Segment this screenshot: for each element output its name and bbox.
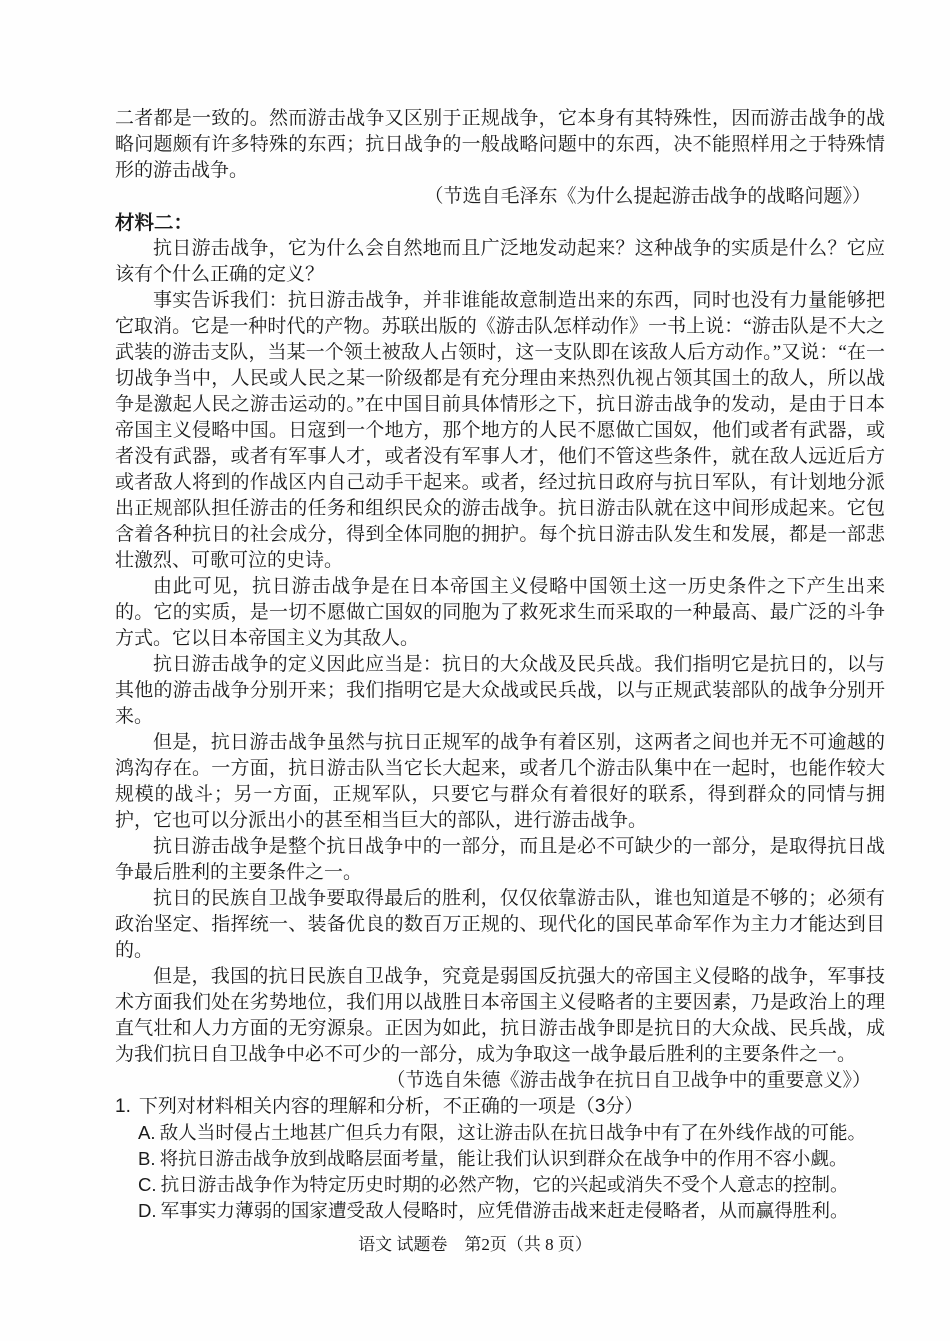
material-two-paragraph-1: 抗日游击战争，它为什么会自然地而且广泛地发动起来？这种战争的实质是什么？它应该有…	[115, 236, 885, 288]
option-b-label: B.	[138, 1148, 156, 1169]
option-a-text: 敌人当时侵占土地甚广但兵力有限，这让游击队在抗日战争中有了在外线作战的可能。	[160, 1122, 867, 1143]
exam-paper-page: 二者都是一致的。然而游击战争又区别于正规战争，它本身有其特殊性，因而游击战争的战…	[0, 0, 950, 1341]
question-1-option-c: C.抗日游击战争作为特定历史时期的必然产物，它的兴起或消失不受个人意志的控制。	[115, 1172, 885, 1198]
material-two-paragraph-8: 但是，我国的抗日民族自卫战争，究竟是弱国反抗强大的帝国主义侵略的战争，军事技术方…	[115, 964, 885, 1068]
question-1-option-a: A.敌人当时侵占土地甚广但兵力有限，这让游击队在抗日战争中有了在外线作战的可能。	[115, 1120, 885, 1146]
page-footer: 语文 试题卷 第2页（共 8 页）	[0, 1233, 950, 1257]
citation-mao-zedong: （节选自毛泽东《为什么提起游击战争的战略问题》）	[115, 184, 885, 210]
citation-zhu-de: （节选自朱德《游击战争在抗日自卫战争中的重要意义》）	[115, 1068, 885, 1094]
material-two-paragraph-5: 但是，抗日游击战争虽然与抗日正规军的战争有着区别，这两者之间也并无不可逾越的鸿沟…	[115, 730, 885, 834]
question-1-stem-text: 下列对材料相关内容的理解和分析，不正确的一项是（3分）	[139, 1096, 644, 1117]
continuation-paragraph: 二者都是一致的。然而游击战争又区别于正规战争，它本身有其特殊性，因而游击战争的战…	[115, 106, 885, 184]
material-two-paragraph-4: 抗日游击战争的定义因此应当是：抗日的大众战及民兵战。我们指明它是抗日的，以与其他…	[115, 652, 885, 730]
option-d-label: D.	[138, 1200, 157, 1221]
material-two-heading: 材料二：	[115, 210, 885, 236]
option-c-text: 抗日游击战争作为特定历史时期的必然产物，它的兴起或消失不受个人意志的控制。	[161, 1174, 849, 1195]
question-1-stem: 1.下列对材料相关内容的理解和分析，不正确的一项是（3分）	[115, 1094, 885, 1120]
material-two-paragraph-7: 抗日的民族自卫战争要取得最后的胜利，仅仅依靠游击队，谁也知道是不够的；必须有政治…	[115, 886, 885, 964]
option-d-text: 军事实力薄弱的国家遭受敌人侵略时，应凭借游击战来赶走侵略者，从而赢得胜利。	[161, 1200, 849, 1221]
option-a-label: A.	[138, 1122, 156, 1143]
option-c-label: C.	[138, 1174, 157, 1195]
option-b-text: 将抗日游击战争放到战略层面考量，能让我们认识到群众在战争中的作用不容小觑。	[160, 1148, 848, 1169]
page-content: 二者都是一致的。然而游击战争又区别于正规战争，它本身有其特殊性，因而游击战争的战…	[115, 106, 885, 1224]
question-1-number: 1.	[115, 1096, 131, 1117]
material-two-paragraph-2: 事实告诉我们：抗日游击战争，并非谁能故意制造出来的东西，同时也没有力量能够把它取…	[115, 288, 885, 574]
question-1-option-b: B.将抗日游击战争放到战略层面考量，能让我们认识到群众在战争中的作用不容小觑。	[115, 1146, 885, 1172]
material-two-paragraph-6: 抗日游击战争是整个抗日战争中的一部分，而且是必不可缺少的一部分，是取得抗日战争最…	[115, 834, 885, 886]
question-1-option-d: D.军事实力薄弱的国家遭受敌人侵略时，应凭借游击战来赶走侵略者，从而赢得胜利。	[115, 1198, 885, 1224]
material-two-paragraph-3: 由此可见，抗日游击战争是在日本帝国主义侵略中国领土这一历史条件之下产生出来的。它…	[115, 574, 885, 652]
